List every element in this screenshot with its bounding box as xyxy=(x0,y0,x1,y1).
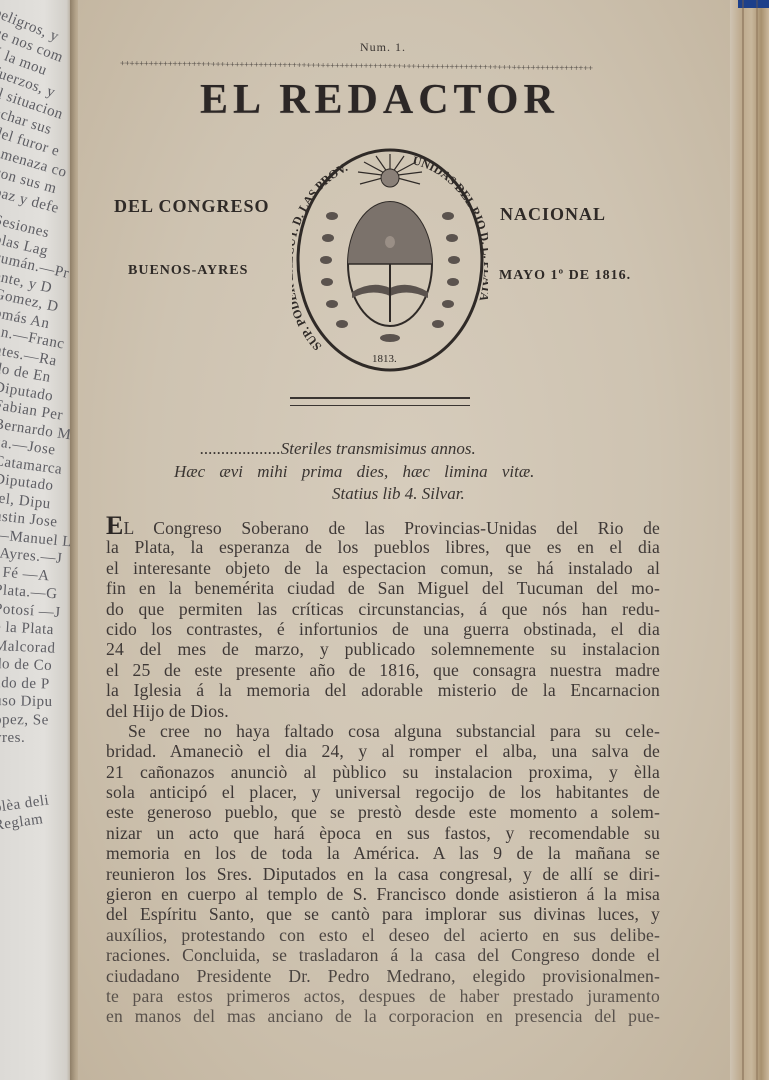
page-edge-line xyxy=(742,0,744,1080)
coat-of-arms-seal-icon: SUP. PODER EXECUT. D. LAS PROV. UNIDAS D… xyxy=(292,146,488,374)
article-line: memoria en los de toda la América. A las… xyxy=(106,843,660,863)
facing-page: peligros, yue nos comá la moufuerzos, yi… xyxy=(0,0,74,1080)
epigraph-line: ...................Steriles transmisimus… xyxy=(200,439,476,459)
masthead-title: EL REDACTOR xyxy=(200,76,580,124)
subtitle-right: NACIONAL xyxy=(500,204,606,225)
facing-page-text-fragment: Malcorad xyxy=(0,638,56,658)
article-line: nizar un acto que hará època en sus fast… xyxy=(106,823,660,843)
facing-page-text-fragment: do de Co xyxy=(0,656,52,675)
article-line: fin en la benemérita ciudad de San Migue… xyxy=(106,578,660,598)
article-line: la Plata, la esperanza de los pueblos li… xyxy=(106,537,660,557)
article-line: bridad. Amaneciò el dia 24, y al romper … xyxy=(106,741,660,761)
epigraph-line: Hæc ævi mihi prima dies, hæc limina vitæ… xyxy=(174,462,534,482)
article-line: del Hijo de Dios. xyxy=(106,701,660,721)
double-rule-divider xyxy=(290,397,470,406)
issue-number: Num. 1. xyxy=(360,40,406,55)
drop-cap: E xyxy=(106,511,124,540)
facing-page-text-fragment: . Fé —A xyxy=(0,564,50,585)
article-line: raciones. Concluida, se trasladaron á la… xyxy=(106,945,660,965)
article-line: Se cree no haya faltado cosa alguna subs… xyxy=(106,721,660,741)
book-page-edges xyxy=(730,0,769,1080)
article-line: gieron en cuerpo al templo de S. Francis… xyxy=(106,884,660,904)
article-line: 24 del mes de marzo, y publicado solemne… xyxy=(106,639,660,659)
epigraph-attribution: Statius lib 4. Silvar. xyxy=(332,484,465,504)
article-body: EL Congreso Soberano de las Provincias-U… xyxy=(106,517,660,1027)
seal-year: 1813. xyxy=(372,353,397,365)
article-line: 21 cañonazos anunciò al pùblico su insta… xyxy=(106,762,660,782)
subtitle-left: DEL CONGRESO xyxy=(114,196,270,217)
facing-page-text-fragment: opez, Se xyxy=(0,712,49,729)
article-line: do que permiten las críticas circunstanc… xyxy=(106,599,660,619)
article-line: auxílios, protestando con esto el deseo … xyxy=(106,925,660,945)
article-line: este generoso pueblo, que se prestò desd… xyxy=(106,802,660,822)
article-line: te para estos primeros actos, despues de… xyxy=(106,986,660,1006)
facing-page-text-fragment: e la Plata xyxy=(0,619,54,639)
article-line: el interesante objeto de la espectacion … xyxy=(106,558,660,578)
article-line: reunieron los Sres. Diputados en la casa… xyxy=(106,864,660,884)
page-edge-line xyxy=(756,0,758,1080)
article-line: la Iglesia á la memoria del adorable mis… xyxy=(106,680,660,700)
facing-page-text-fragment: Potosí —J xyxy=(0,601,61,622)
facing-page-text-fragment: yres. xyxy=(0,730,25,747)
article-line: EL Congreso Soberano de las Provincias-U… xyxy=(106,517,660,537)
article-line: cido los contrastes, é infortunios de un… xyxy=(106,619,660,639)
publication-date: MAYO 1º DE 1816. xyxy=(499,268,631,284)
article-line: el 25 de este presente año de 1816, que … xyxy=(106,660,660,680)
article-line: ciudadano Presidente Dr. Pedro Medrano, … xyxy=(106,966,660,986)
article-line: sola anticipó el placer, y universal reg… xyxy=(106,782,660,802)
place-of-publication: BUENOS-AYRES xyxy=(128,263,248,279)
article-line: del Espíritu Santo, que se cantò para im… xyxy=(106,904,660,924)
facing-page-text-fragment: ado de P xyxy=(0,675,50,693)
article-line: en manos del mas anciano de la corporaci… xyxy=(106,1006,660,1026)
facing-page-text-fragment: uso Dipu xyxy=(0,693,53,711)
facing-page-text-fragment: Plata.—G xyxy=(0,582,58,603)
